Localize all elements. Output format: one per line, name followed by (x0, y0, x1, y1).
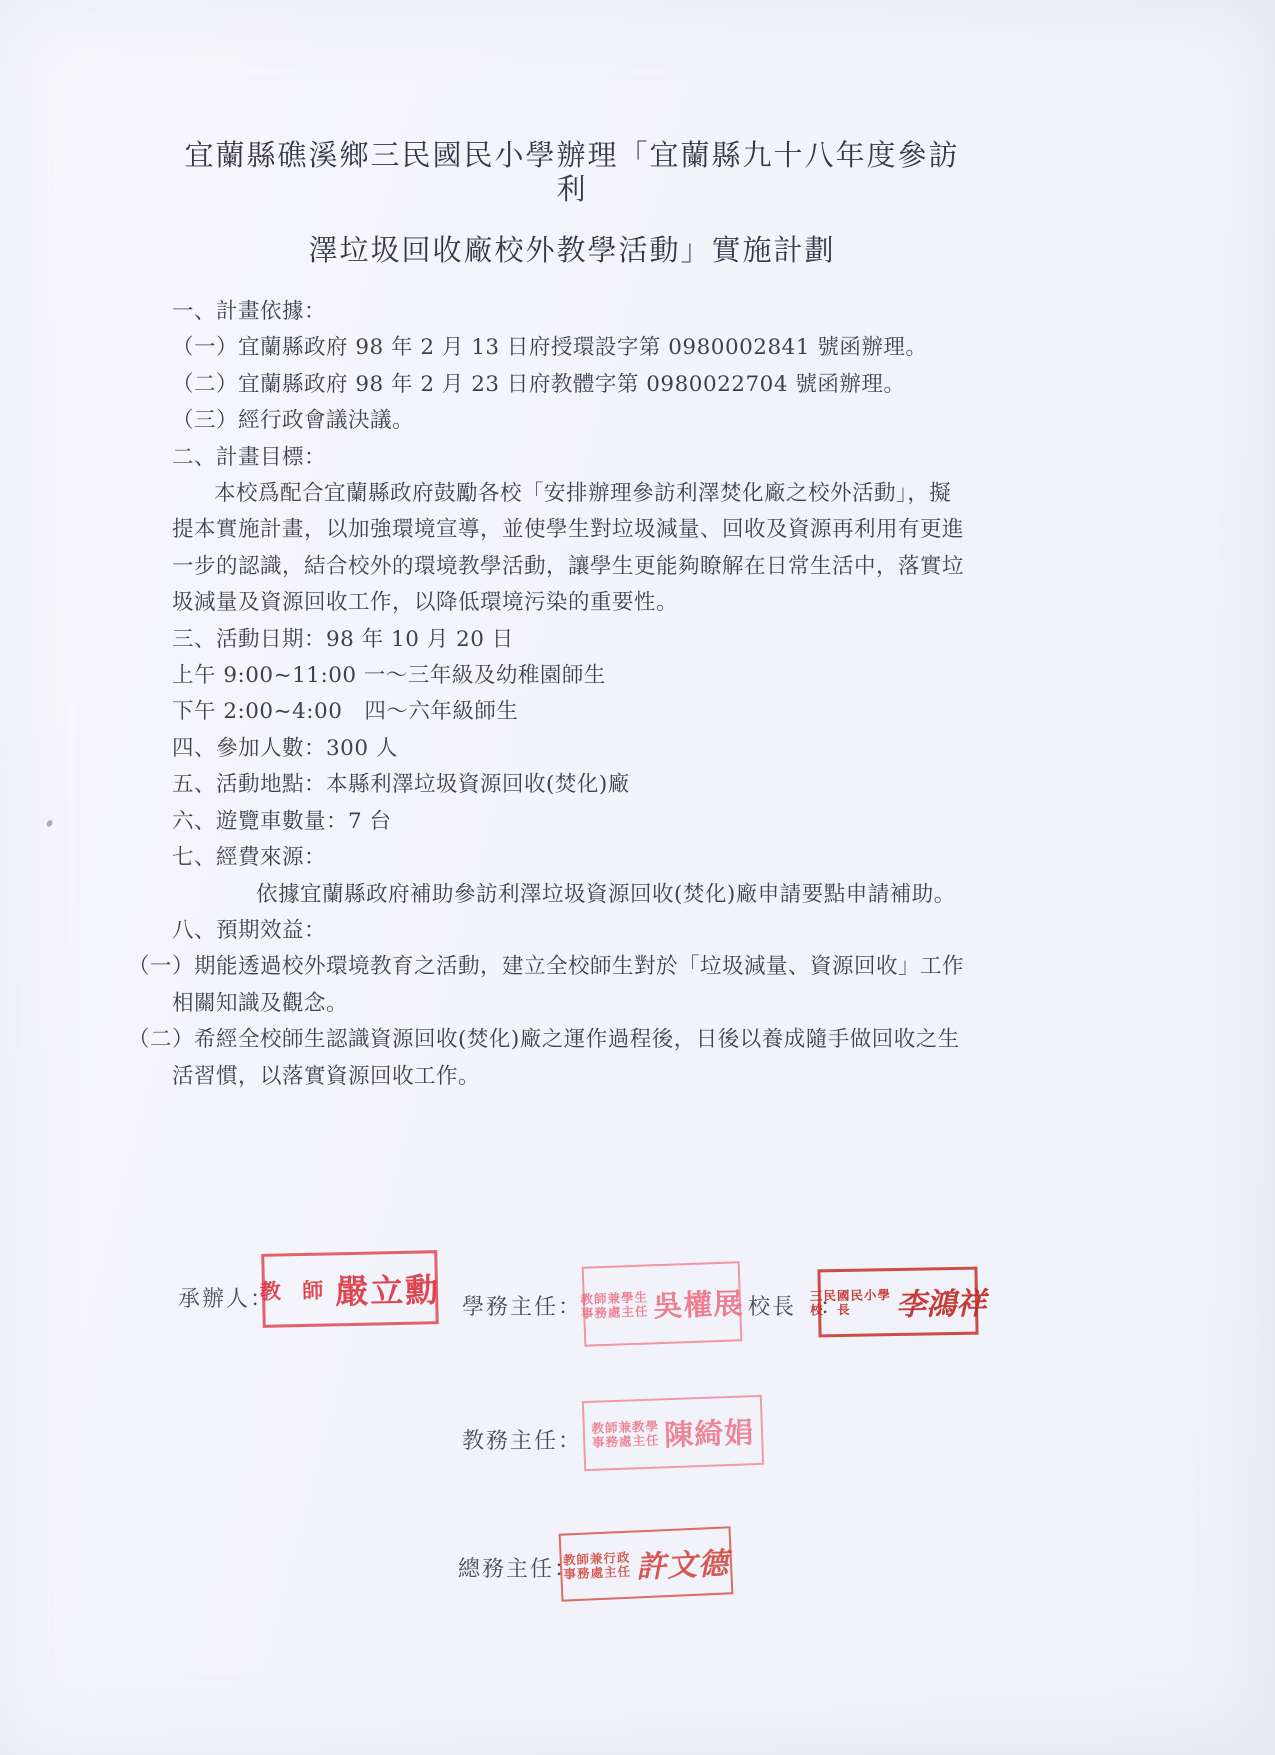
section-6-heading: 六、遊覽車數量：7 台 (172, 804, 972, 840)
general-affairs-stamp: 教師兼行政 事務處主任 許文德 (559, 1526, 734, 1601)
section-1-item-1: （一）宜蘭縣政府 98 年 2 月 13 日府授環設字第 0980002841 … (172, 330, 972, 366)
general-affairs-stamp-title: 教師兼行政 事務處主任 (563, 1551, 632, 1582)
section-8-item-1: （一）期能透過校外環境教育之活動，建立全校師生對於「垃圾減量、資源回收」工作相關… (172, 949, 972, 1022)
section-2-paragraph: 本校爲配合宜蘭縣政府鼓勵各校「安排辦理參訪利澤焚化廠之校外活動」，擬提本實施計畫… (172, 476, 972, 622)
scan-artifact-speck (46, 819, 53, 827)
document-title: 宜蘭縣礁溪鄉三民國民小學辦理「宜蘭縣九十八年度參訪利 澤垃圾回收廠校外教學活動」… (172, 138, 972, 267)
principal-stamp-name: 李鴻祥 (896, 1278, 987, 1324)
section-8-heading: 八、預期效益： (172, 913, 972, 949)
student-affairs-stamp: 教師兼學生 事務處主任 吳權展 (582, 1261, 743, 1346)
section-7-paragraph: 依據宜蘭縣政府補助參訪利澤垃圾資源回收(焚化)廠申請要點申請補助。 (172, 877, 972, 913)
principal-stamp-title: 三民國民小學 校 長 (810, 1288, 891, 1317)
undertaker-stamp: 教 師 嚴立勳 (261, 1250, 439, 1328)
title-line-1: 宜蘭縣礁溪鄉三民國民小學辦理「宜蘭縣九十八年度參訪利 (172, 138, 972, 206)
title-line-2: 澤垃圾回收廠校外教學活動」實施計劃 (172, 233, 972, 267)
principal-stamp: 三民國民小學 校 長 李鴻祥 (817, 1267, 978, 1338)
section-3-afternoon-slot: 下午 2:00~4:00 四～六年級師生 (172, 694, 972, 730)
student-affairs-stamp-title: 教師兼學生 事務處主任 (580, 1290, 648, 1320)
undertaker-stamp-name: 嚴立勳 (335, 1264, 441, 1313)
document-content: 宜蘭縣礁溪鄉三民國民小學辦理「宜蘭縣九十八年度參訪利 澤垃圾回收廠校外教學活動」… (172, 138, 972, 1095)
section-1-item-2: （二）宜蘭縣政府 98 年 2 月 23 日府教體字第 0980022704 號… (172, 367, 972, 403)
student-affairs-stamp-name: 吳權展 (653, 1281, 744, 1325)
section-4-heading: 四、參加人數：300 人 (172, 731, 972, 767)
section-7-heading: 七、經費來源： (172, 840, 972, 876)
section-5-heading: 五、活動地點：本縣利澤垃圾資源回收(焚化)廠 (172, 767, 972, 803)
general-affairs-stamp-name: 許文德 (635, 1538, 730, 1586)
student-affairs-label: 學務主任： (462, 1290, 582, 1321)
academic-affairs-stamp-title: 教師兼教學 事務處主任 (591, 1419, 659, 1449)
section-1-item-3: （三）經行政會議決議。 (172, 403, 972, 439)
academic-affairs-stamp-name: 陳綺娟 (664, 1410, 755, 1454)
academic-affairs-label: 教務主任： (462, 1424, 582, 1455)
section-8-item-2: （二）希經全校師生認識資源回收(焚化)廠之運作過程後，日後以養成隨手做回收之生活… (172, 1022, 972, 1095)
section-1-heading: 一、計畫依據： (172, 294, 972, 330)
section-3-heading: 三、活動日期：98 年 10 月 20 日 (172, 622, 972, 658)
academic-affairs-stamp: 教師兼教學 事務處主任 陳綺娟 (582, 1395, 764, 1471)
section-2-heading: 二、計畫目標： (172, 440, 972, 476)
scanned-document-page: 宜蘭縣礁溪鄉三民國民小學辦理「宜蘭縣九十八年度參訪利 澤垃圾回收廠校外教學活動」… (0, 0, 1275, 1755)
section-3-morning-slot: 上午 9:00~11:00 一～三年級及幼稚園師生 (172, 658, 972, 694)
document-body: 一、計畫依據： （一）宜蘭縣政府 98 年 2 月 13 日府授環設字第 098… (172, 294, 972, 1095)
undertaker-stamp-title: 教 師 (260, 1274, 331, 1305)
